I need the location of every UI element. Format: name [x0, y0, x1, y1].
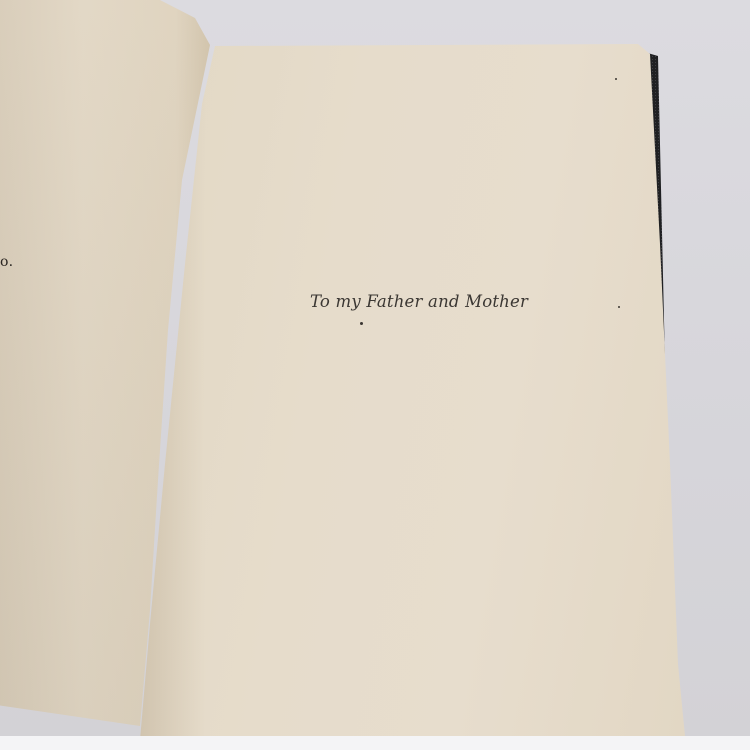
gutter-shadow — [140, 44, 685, 740]
right-page — [140, 44, 685, 740]
dedication-text: To my Father and Mother — [310, 292, 528, 311]
bottom-edge — [0, 736, 750, 750]
ink-speck — [360, 322, 363, 325]
photo-scene: o. To my Father and Mother — [0, 0, 750, 750]
ink-speck — [615, 78, 617, 80]
ink-speck — [618, 306, 620, 308]
left-page-text-fragment: o. — [0, 254, 14, 270]
